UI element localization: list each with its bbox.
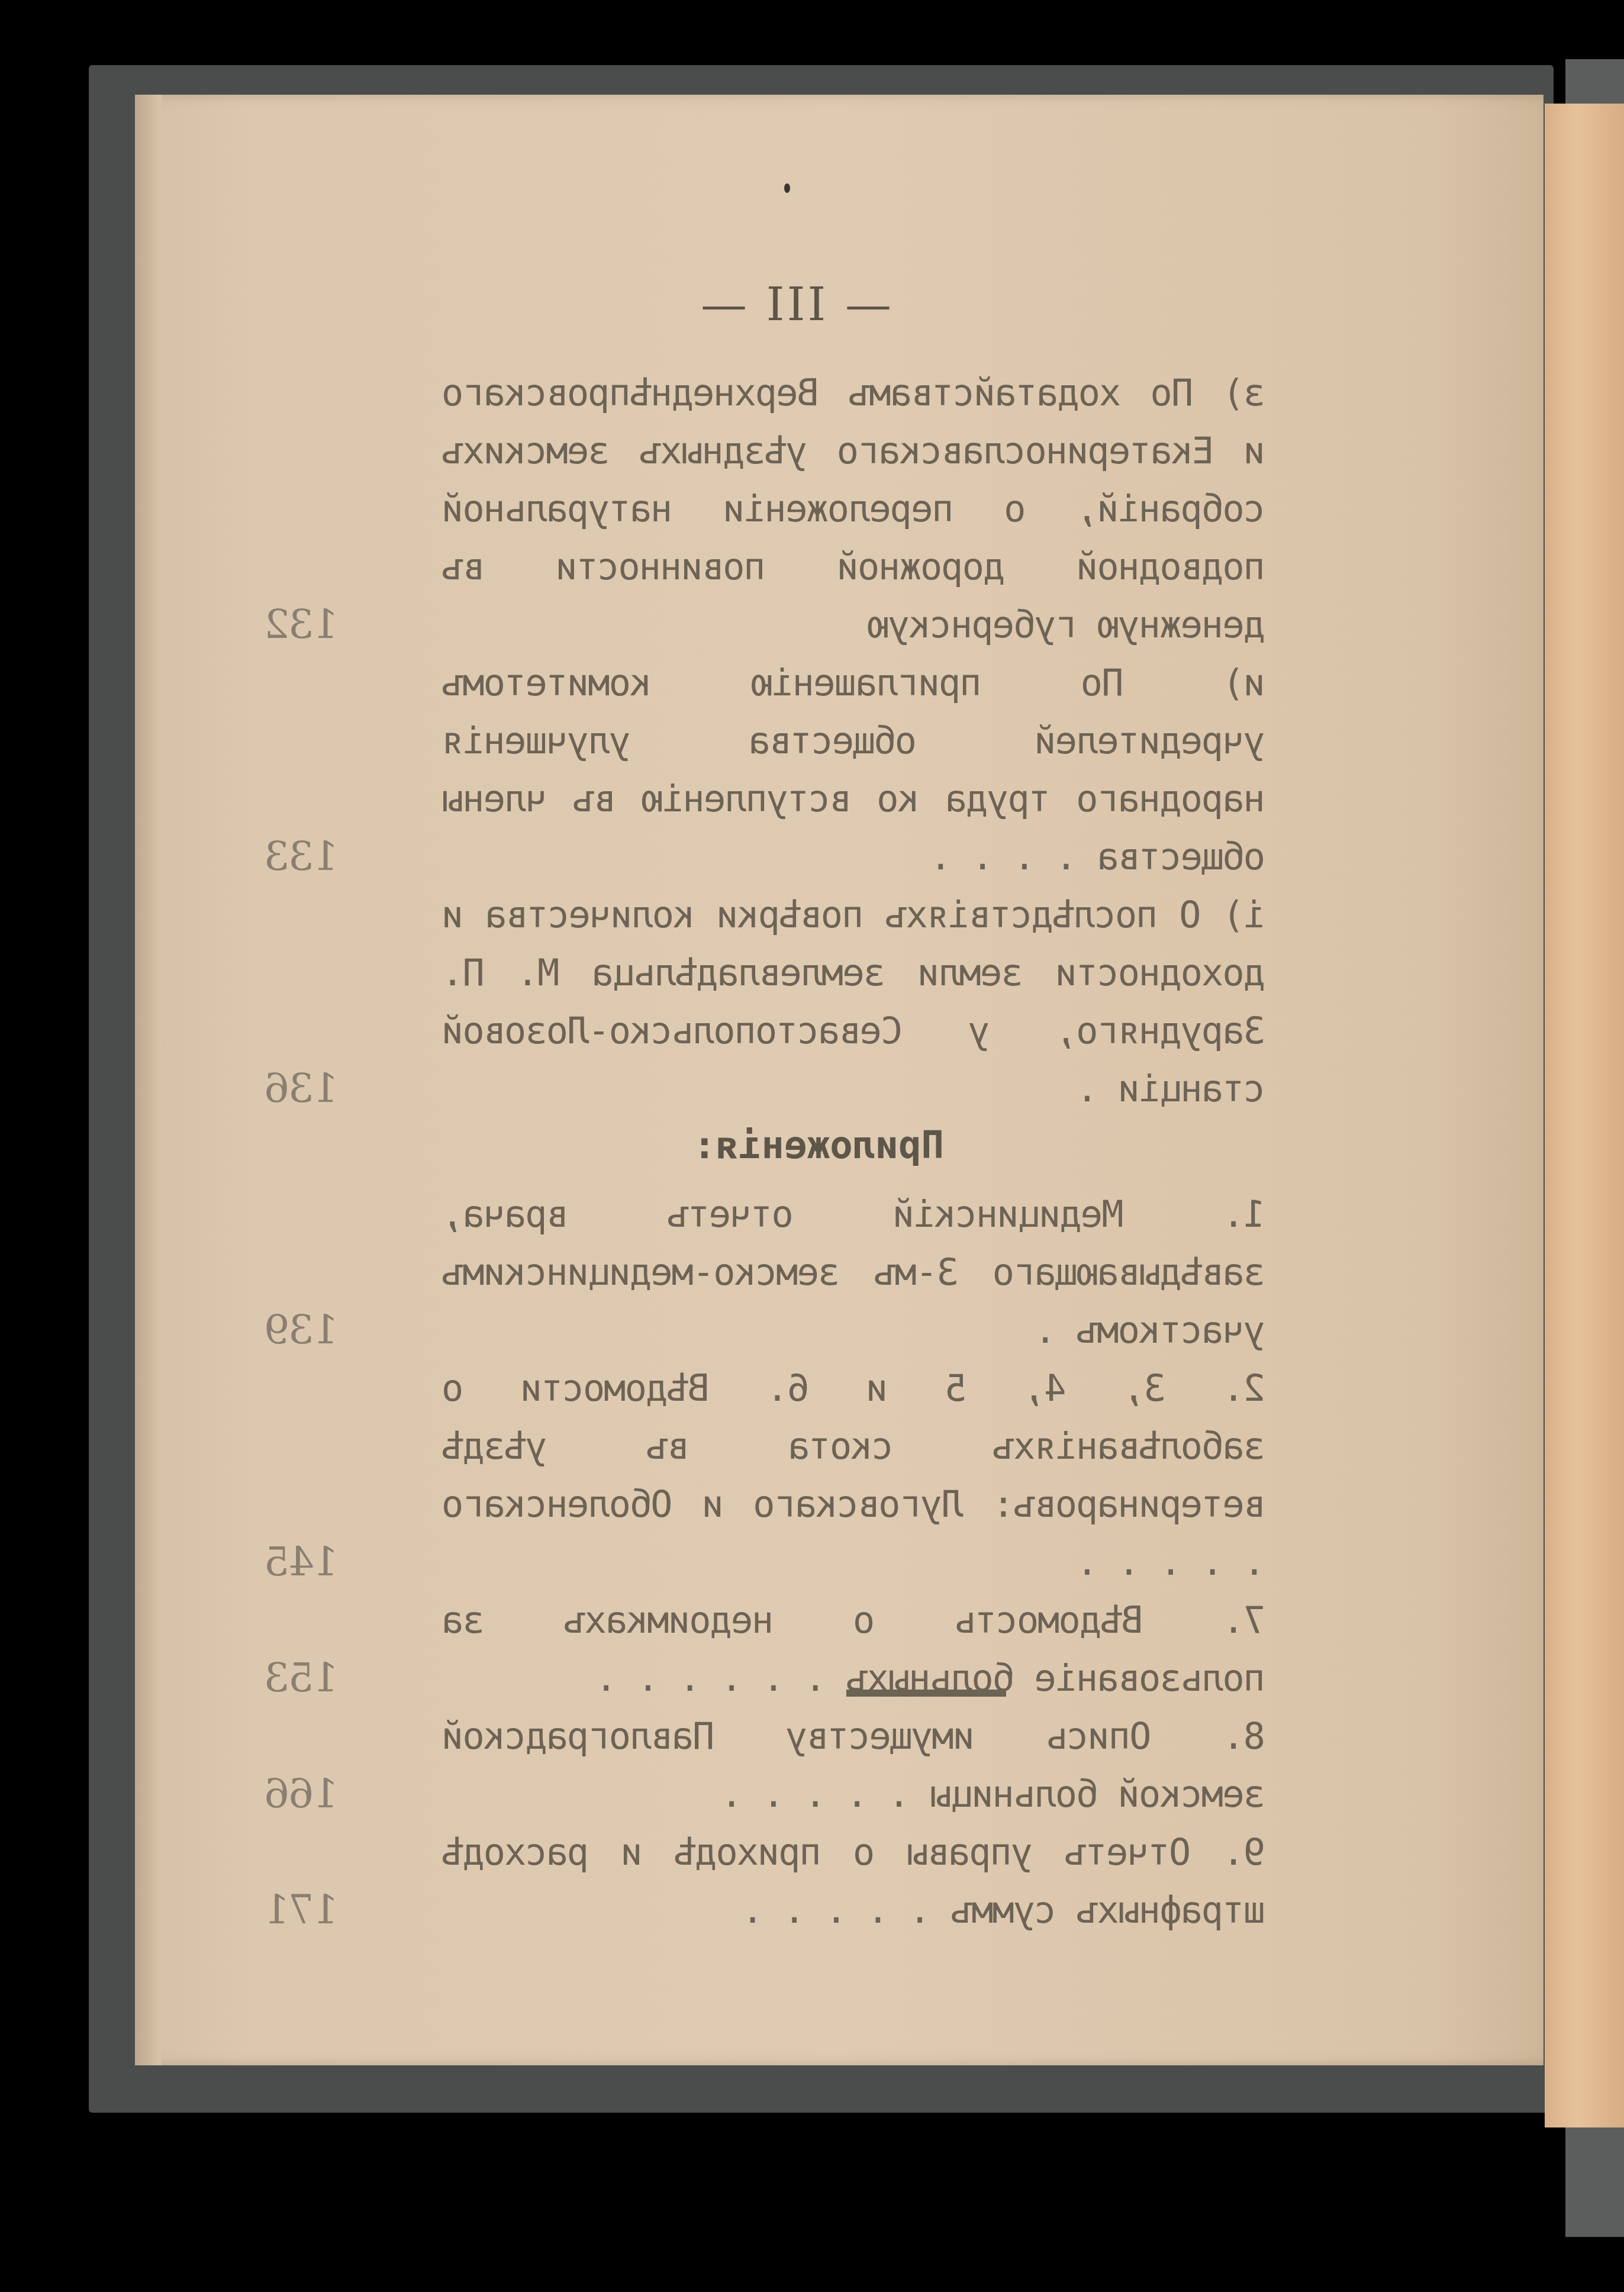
entry-page-number: 133 (265, 828, 339, 886)
page-header: — III — (212, 278, 1378, 331)
toc-entry: з) По ходатайствамъ Верхнеднѣпровскаго и… (443, 364, 1307, 654)
entry-text: Медицинскій отчетъ врача, завѣдывающаго … (443, 1192, 1265, 1352)
entry-text: Опись имуществу Павлоградской земской бо… (443, 1714, 1265, 1816)
entry-page-number: 136 (265, 1060, 339, 1118)
page-gutter-shadow (135, 95, 162, 2065)
entry-label: 7. (1223, 1598, 1265, 1642)
appendix-title: Приложенія: (212, 1124, 1425, 1168)
entry-page-number: 139 (265, 1301, 339, 1359)
toc-entry: і) О послѣдствіяхъ повѣрки количества и … (443, 886, 1307, 1118)
entry-page-number: 166 (265, 1765, 339, 1823)
entry-label: 9. (1223, 1830, 1265, 1874)
entry-text: Отчетъ управы о приходѣ и расходѣ штрафн… (443, 1830, 1265, 1932)
entry-text: О послѣдствіяхъ повѣрки количества и дох… (443, 893, 1265, 1110)
appendix-entry: 2. 3, 4, 5 и 6. Вѣдомости о заболѣваніях… (443, 1359, 1307, 1591)
entry-label: 2. 3, 4, 5 и 6. (768, 1366, 1265, 1410)
ink-speck (784, 183, 790, 193)
appendix-entry: 9. Отчетъ управы о приходѣ и расходѣ штр… (443, 1823, 1307, 1939)
facing-page-edge (1545, 104, 1624, 2127)
appendix-entry: 1. Медицинскій отчетъ врача, завѣдывающа… (443, 1185, 1307, 1359)
entry-page-number: 132 (265, 596, 339, 654)
entry-page-number: 171 (265, 1881, 339, 1939)
entry-label: з) (1223, 371, 1265, 414)
appendix-entry: 8. Опись имуществу Павлоградской земской… (443, 1707, 1307, 1823)
end-rule (846, 1690, 1006, 1697)
toc-entry: и) По приглашенію комитетомъ учредителей… (443, 654, 1307, 886)
entry-label: 1. (1223, 1192, 1265, 1236)
entry-label: і) (1223, 893, 1265, 936)
book-page: — III — з) По ходатайствамъ Верхнеднѣпро… (135, 95, 1544, 2065)
entry-label: и) (1223, 661, 1265, 704)
entry-page-number: 153 (265, 1649, 339, 1707)
entry-label: 8. (1223, 1714, 1265, 1758)
entry-text: По приглашенію комитетомъ учредителей об… (443, 661, 1265, 878)
entry-text: По ходатайствамъ Верхнеднѣпровскаго и Ек… (443, 371, 1265, 646)
page-text: — III — з) По ходатайствамъ Верхнеднѣпро… (212, 278, 1307, 1939)
entry-text: Вѣдомость о недоимкахъ за пользованіе бо… (443, 1598, 1265, 1700)
mirrored-content: — III — з) По ходатайствамъ Верхнеднѣпро… (135, 95, 1544, 2065)
entry-page-number: 145 (265, 1533, 339, 1591)
